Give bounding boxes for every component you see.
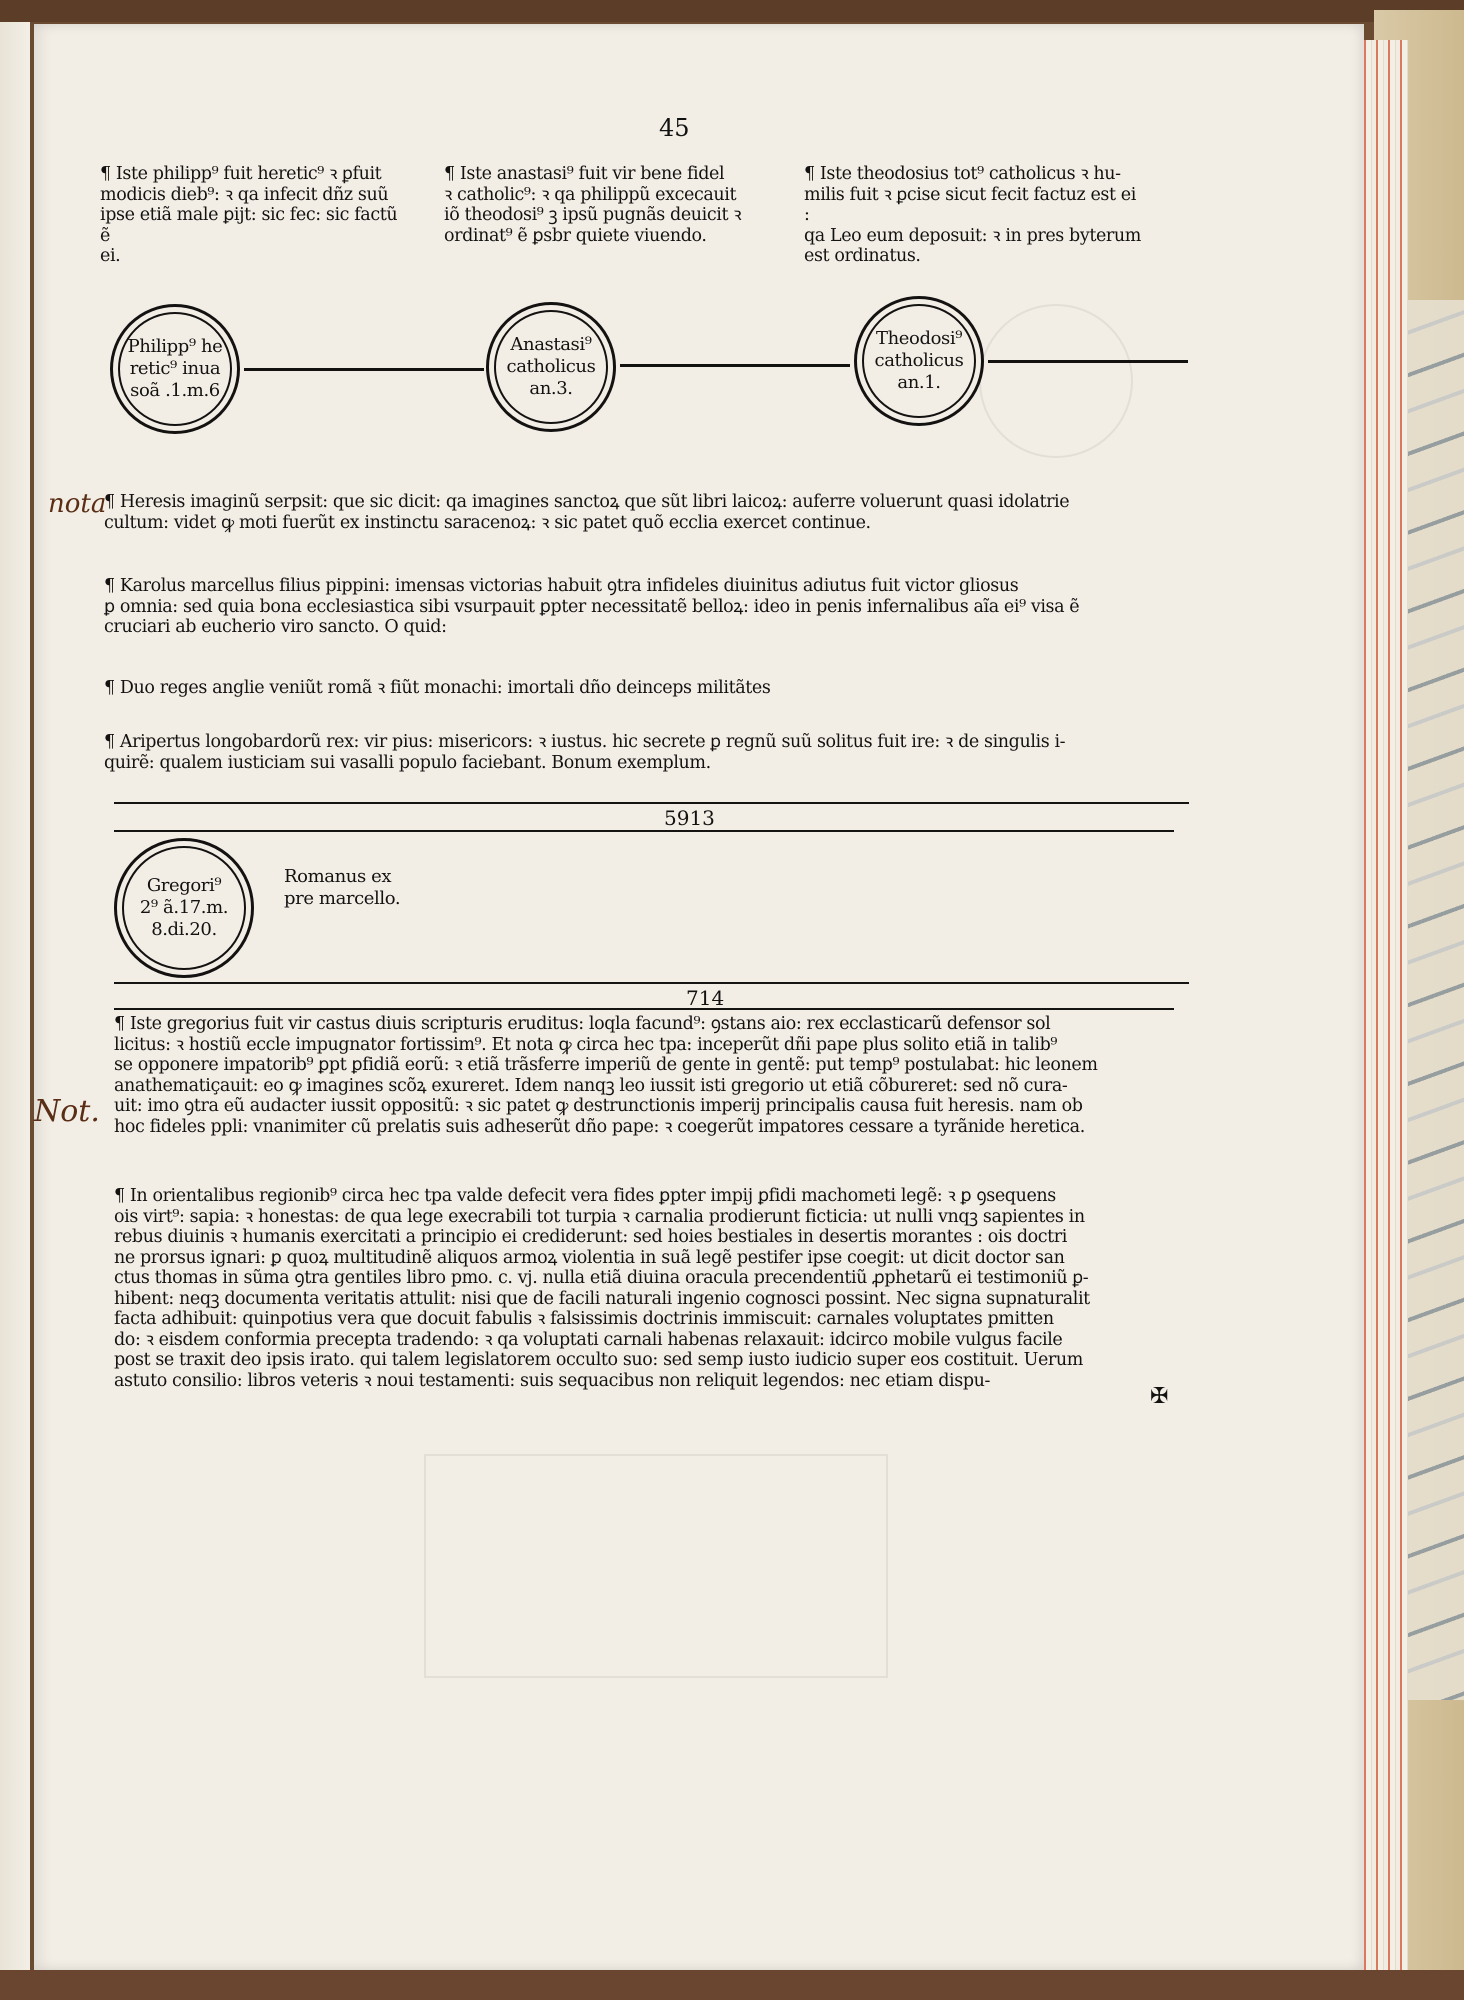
- roundel-theodosius: Theodosi⁹ catholicus an.1.: [854, 296, 984, 426]
- roundel-text: catholicus: [507, 356, 596, 378]
- text-line: ꝑ omnia: sed quia bona ecclesiastica sib…: [104, 597, 1079, 618]
- text-line: milis fuit ꝛ ꝑcise sicut fecit factuz es…: [804, 185, 1144, 226]
- end-cross-icon: ✠: [1150, 1384, 1168, 1409]
- text-line: ¶ In orientalibus regionib⁹ circa hec tp…: [114, 1186, 1090, 1207]
- text-line: rebus diuinis ꝛ humanis exercitati a pri…: [114, 1227, 1090, 1248]
- marginal-note-nota: nota: [48, 489, 106, 519]
- red-sprinkled-page-edges: [1360, 40, 1408, 1980]
- text-line: quirẽ: qualem iusticiam sui vasalli popu…: [104, 753, 1065, 774]
- chronology-rule: [114, 1008, 1174, 1010]
- text-line: astuto consilio: libros veteris ꝛ noui t…: [114, 1371, 1090, 1392]
- roundel-text: an.1.: [897, 372, 940, 394]
- printed-page: 45 ¶ Iste philipp⁹ fuit heretic⁹ ꝛ ꝑfuit…: [34, 24, 1364, 1970]
- text-line: facta adhibuit: quinpotius vera que docu…: [114, 1309, 1090, 1330]
- facing-page-edge: [0, 22, 30, 2000]
- text-line: uit: imo ꝯtra eũ audacter iussit opposit…: [114, 1096, 1098, 1117]
- text-line: ei.: [100, 246, 410, 267]
- paragraph-aripertus: ¶ Aripertus longobardorũ rex: vir pius: …: [104, 732, 1065, 773]
- text-column-philippus: ¶ Iste philipp⁹ fuit heretic⁹ ꝛ ꝑfuit mo…: [100, 164, 410, 267]
- roundel-text: 2⁹ ã.17.m.: [140, 897, 228, 919]
- chronology-rule: [114, 982, 1189, 984]
- text-line: ctus thomas in sũma ꝯtra gentiles libro …: [114, 1268, 1090, 1289]
- text-line: anathematiçauit: eo ꝙ imagines scõꝝ exur…: [114, 1076, 1098, 1097]
- text-line: hoc fideles ppli: vnanimiter cũ prelatis…: [114, 1117, 1098, 1138]
- roundel-text: soã .1.m.6: [130, 380, 220, 402]
- text-column-anastasius: ¶ Iste anastasi⁹ fuit vir bene fidel ꝛ c…: [444, 164, 764, 246]
- binding-top-edge: [0, 0, 1464, 22]
- text-line: ¶ Iste anastasi⁹ fuit vir bene fidel: [444, 164, 764, 185]
- text-line: ¶ Iste gregorius fuit vir castus diuis s…: [114, 1014, 1098, 1035]
- gregory-origin-note: Romanus ex pre marcello.: [284, 866, 400, 910]
- text-line: ¶ Iste philipp⁹ fuit heretic⁹ ꝛ ꝑfuit: [100, 164, 410, 185]
- text-line: ¶ Duo reges anglie veniũt romã ꝛ fiũt mo…: [104, 678, 770, 699]
- roundel-philippus: Philipp⁹ he retic⁹ inua soã .1.m.6: [110, 304, 240, 434]
- text-line: cultum: videt ꝙ moti fuerũt ex instinctu…: [104, 513, 1069, 534]
- roundel-text: Theodosi⁹: [876, 328, 962, 350]
- chronology-rule: [114, 802, 1189, 804]
- year-of-world: 5913: [664, 806, 715, 830]
- paragraph-orientalibus: ¶ In orientalibus regionib⁹ circa hec tp…: [114, 1186, 1090, 1391]
- binding-bottom-edge: [0, 1970, 1464, 2000]
- marbled-endpaper: [1404, 300, 1464, 1700]
- text-line: ¶ Heresis imaginũ serpsit: que sic dicit…: [104, 492, 1069, 513]
- roundel-text: catholicus: [875, 350, 964, 372]
- text-line: iõ theodosi⁹ ꝫ ipsũ pugnãs deuicit ꝛ: [444, 205, 764, 226]
- year-of-lord: 714: [686, 986, 724, 1010]
- roundel-text: Anastasi⁹: [510, 334, 591, 356]
- text-line: ¶ Karolus marcellus filius pippini: imen…: [104, 576, 1079, 597]
- text-line: Romanus ex: [284, 866, 400, 888]
- paragraph-heresis: ¶ Heresis imaginũ serpsit: que sic dicit…: [104, 492, 1069, 533]
- text-line: licitus: ꝛ hostiũ eccle impugnator forti…: [114, 1035, 1098, 1056]
- marginal-note-not: Not.: [34, 1094, 100, 1129]
- roundel-gregorius: Gregori⁹ 2⁹ ã.17.m. 8.di.20.: [114, 838, 254, 978]
- succession-line: [988, 360, 1188, 363]
- text-line: ois virt⁹: sapia: ꝛ honestas: de qua leg…: [114, 1207, 1090, 1228]
- text-line: ordinat⁹ ẽ ꝑsbr quiete viuendo.: [444, 226, 764, 247]
- roundel-text: Philipp⁹ he: [128, 336, 223, 358]
- text-line: modicis dieb⁹: ꝛ qa infecit dñz suũ: [100, 185, 410, 206]
- show-through-woodcut: [424, 1454, 888, 1678]
- folio-number: 45: [659, 114, 690, 142]
- text-line: ¶ Iste theodosius tot⁹ catholicus ꝛ hu-: [804, 164, 1144, 185]
- paragraph-karolus: ¶ Karolus marcellus filius pippini: imen…: [104, 576, 1079, 638]
- show-through-roundel: [979, 304, 1133, 458]
- roundel-text: Gregori⁹: [147, 875, 221, 897]
- text-line: ꝛ catholic⁹: ꝛ qa philippũ excecauit: [444, 185, 764, 206]
- text-line: ¶ Aripertus longobardorũ rex: vir pius: …: [104, 732, 1065, 753]
- text-line: ipse etiã male ꝑijt: sic fec: sic factũ …: [100, 205, 410, 246]
- paragraph-gregorius: ¶ Iste gregorius fuit vir castus diuis s…: [114, 1014, 1098, 1137]
- text-line: qa Leo eum deposuit: ꝛ in pres byterum: [804, 226, 1144, 247]
- text-line: do: ꝛ eisdem conformia precepta tradendo…: [114, 1330, 1090, 1351]
- text-line: est ordinatus.: [804, 246, 1144, 267]
- roundel-anastasius: Anastasi⁹ catholicus an.3.: [486, 302, 616, 432]
- chronology-rule: [114, 830, 1174, 832]
- text-line: hibent: neqꝫ documenta veritatis attulit…: [114, 1289, 1090, 1310]
- roundel-text: retic⁹ inua: [130, 358, 221, 380]
- roundel-text: an.3.: [529, 378, 572, 400]
- roundel-text: 8.di.20.: [151, 919, 217, 941]
- text-line: cruciari ab eucherio viro sancto. O quid…: [104, 617, 1079, 638]
- paragraph-duo-reges: ¶ Duo reges anglie veniũt romã ꝛ fiũt mo…: [104, 678, 770, 699]
- text-line: pre marcello.: [284, 888, 400, 910]
- text-line: ne prorsus ignari: ꝑ quoꝝ multitudinẽ al…: [114, 1248, 1090, 1269]
- succession-line: [244, 368, 484, 371]
- text-line: post se traxit deo ipsis irato. qui tale…: [114, 1350, 1090, 1371]
- text-column-theodosius: ¶ Iste theodosius tot⁹ catholicus ꝛ hu- …: [804, 164, 1144, 267]
- succession-line: [620, 364, 850, 367]
- text-line: se opponere impatorib⁹ ꝑpt ꝑfidiã eorũ: …: [114, 1055, 1098, 1076]
